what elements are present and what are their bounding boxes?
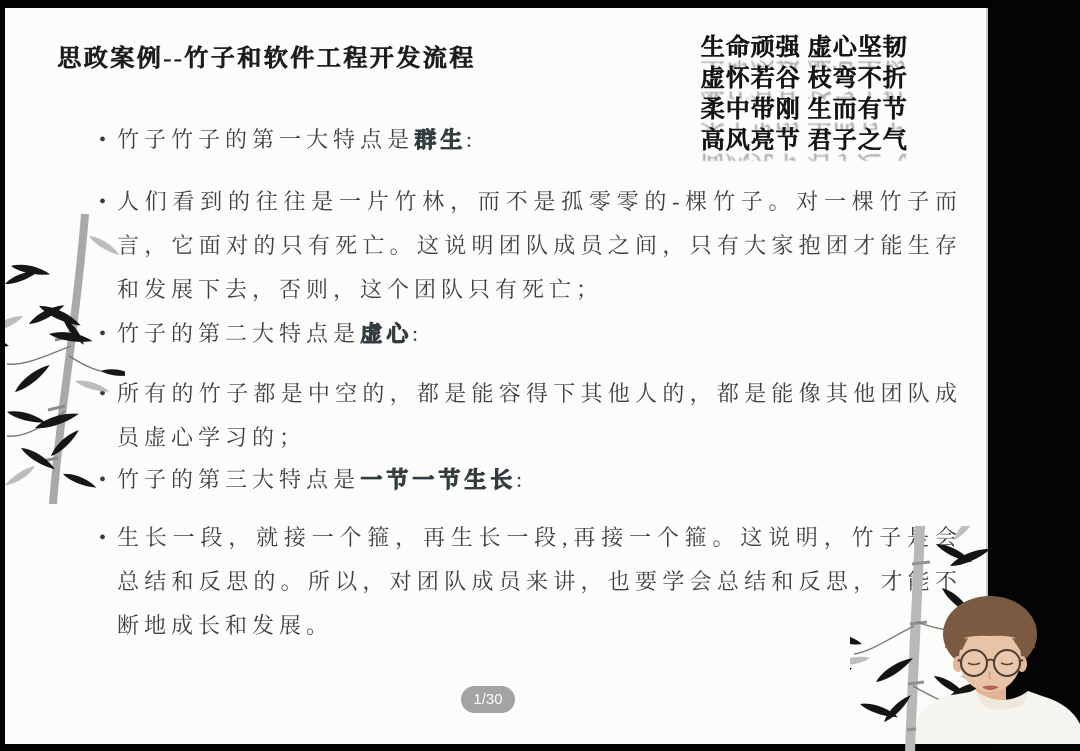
- slide-title: 思政案例--竹子和软件工程开发流程: [57, 38, 475, 73]
- bullet-marker-icon: •: [99, 180, 111, 224]
- bullet-feature-3: •竹子的第三大特点是一节一节生长:: [117, 464, 962, 496]
- bullet-marker-icon: •: [99, 464, 111, 496]
- bullet-paragraph-2: •所有的竹子都是中空的，都是能容得下其他人的，都是能像其他团队成员虚心学习的；: [117, 372, 962, 460]
- lecture-video-frame: { "slide": { "title": "思政案例--竹子和软件工程开发流程…: [0, 0, 1080, 751]
- feature-colon: :: [412, 321, 423, 346]
- bullet-marker-icon: •: [99, 318, 111, 350]
- page-indicator: 1/30: [461, 686, 515, 713]
- bullet-marker-icon: •: [99, 124, 111, 156]
- motto-line: 虚怀若谷 枝弯不折: [686, 66, 922, 92]
- bamboo-ink-painting-left: [5, 206, 125, 506]
- paragraph-text: 生长一段，就接一个箍，再生长一段,再接一个箍。这说明，竹子是会总结和反思的。所以…: [117, 525, 962, 638]
- motto-row: 生命顽强 虚心坚韧 生命顽强 虚心坚韧: [686, 35, 922, 66]
- bullet-paragraph-3: •生长一段，就接一个箍，再生长一段,再接一个箍。这说明，竹子是会总结和反思的。所…: [117, 516, 962, 648]
- bullet-feature-1: •竹子竹子的第一大特点是群生:: [117, 124, 962, 156]
- feature-keyword: 一节一节生长: [360, 467, 516, 492]
- paragraph-text: 所有的竹子都是中空的，都是能容得下其他人的，都是能像其他团队成员虚心学习的；: [117, 381, 962, 450]
- motto-line: 生命顽强 虚心坚韧: [686, 35, 922, 61]
- feature-keyword: 群生: [414, 127, 466, 152]
- motto-row: 虚怀若谷 枝弯不折 虚怀若谷 枝弯不折: [686, 66, 922, 97]
- feature-prefix: 竹子的第三大特点是: [117, 467, 360, 492]
- motto-line: 柔中带刚 生而有节: [686, 97, 922, 123]
- bullet-feature-2: •竹子的第二大特点是虚心:: [117, 318, 962, 350]
- bullet-marker-icon: •: [99, 516, 111, 560]
- bullet-marker-icon: •: [99, 372, 111, 416]
- slide-area: 思政案例--竹子和软件工程开发流程 生命顽强 虚心坚韧 生命顽强 虚心坚韧 虚怀…: [5, 8, 988, 744]
- feature-prefix: 竹子竹子的第一大特点是: [117, 127, 414, 152]
- feature-prefix: 竹子的第二大特点是: [117, 321, 360, 346]
- feature-colon: :: [516, 467, 527, 492]
- slide-content-list: •竹子竹子的第一大特点是群生: •人们看到的往往是一片竹林，而不是孤零零的-棵竹…: [117, 124, 962, 648]
- bullet-paragraph-1: •人们看到的往往是一片竹林，而不是孤零零的-棵竹子。对一棵竹子而言，它面对的只有…: [117, 180, 962, 312]
- paragraph-text: 人们看到的往往是一片竹林，而不是孤零零的-棵竹子。对一棵竹子而言，它面对的只有死…: [117, 189, 962, 302]
- feature-colon: :: [466, 127, 477, 152]
- presenter-webcam: [912, 592, 1080, 744]
- feature-keyword: 虚心: [360, 321, 412, 346]
